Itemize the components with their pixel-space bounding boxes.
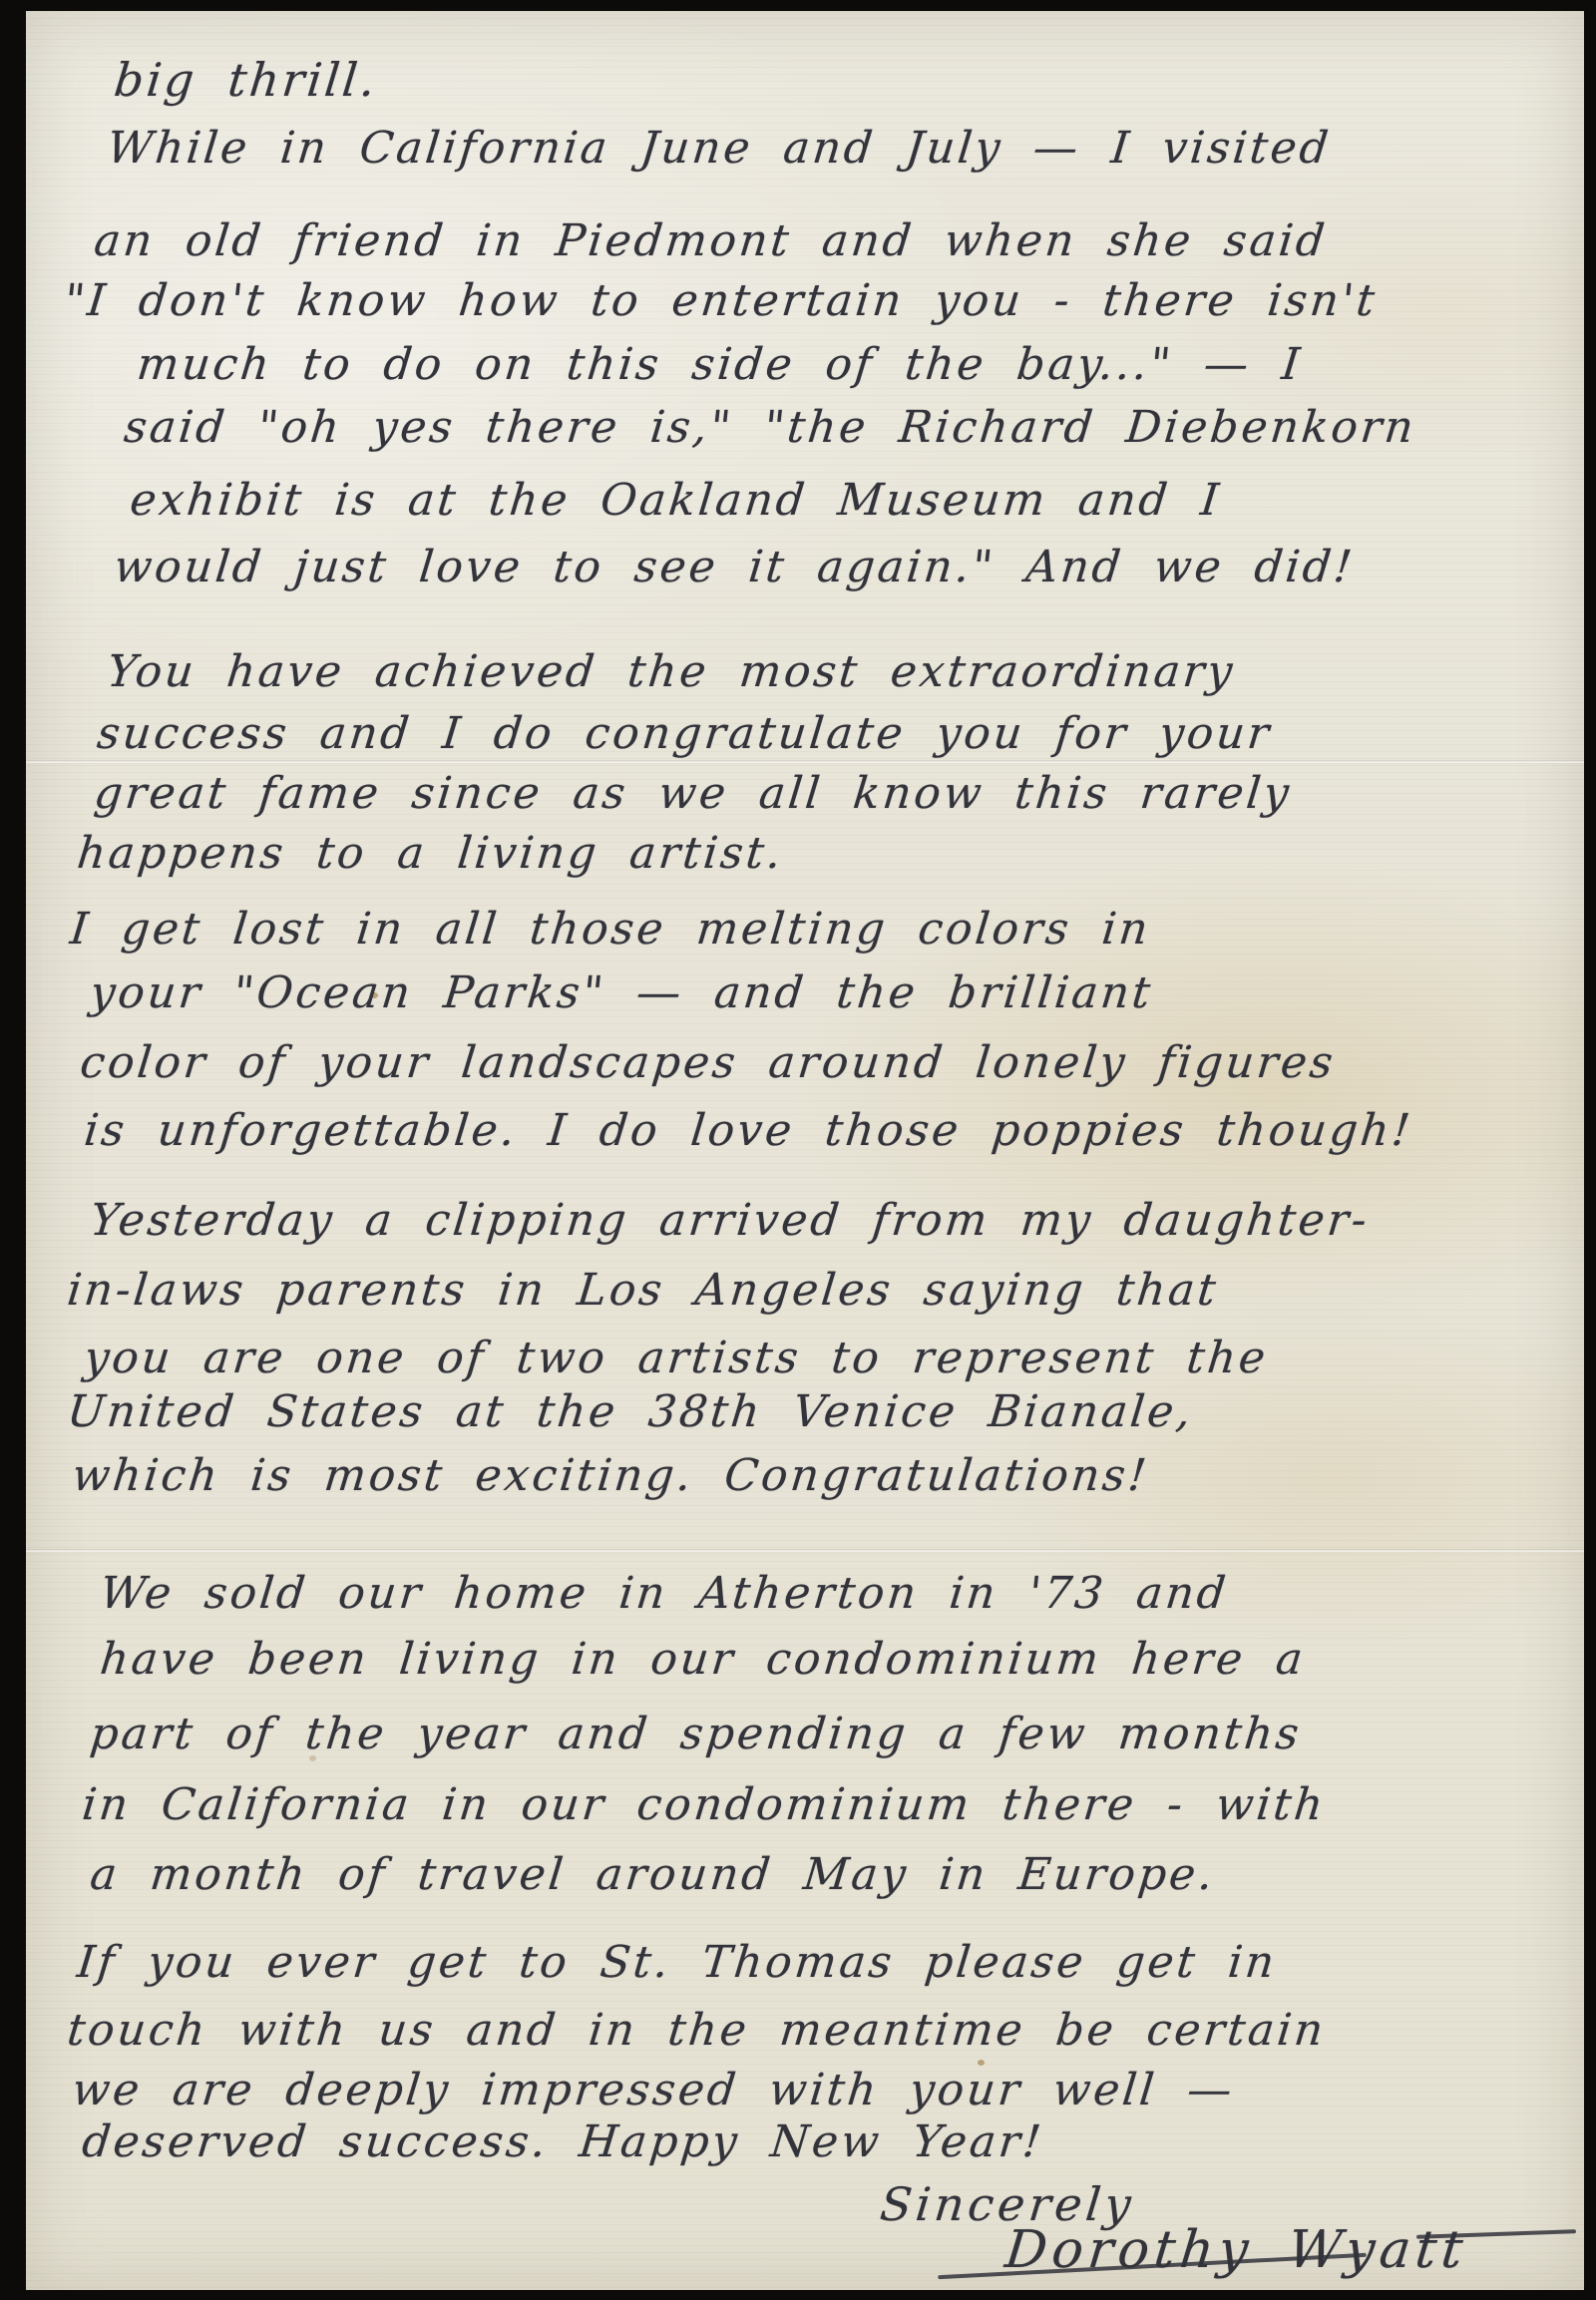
letter-line: big thrill. [112, 55, 380, 106]
letter-line: have been living in our condominium here… [98, 1636, 1308, 1684]
letter-line: If you ever get to St. Thomas please get… [75, 1939, 1279, 1987]
letter-line: I get lost in all those melting colors i… [68, 906, 1153, 954]
letter-line: great fame since as we all know this rar… [92, 770, 1294, 818]
letter-line: While in California June and July — I vi… [105, 125, 1333, 173]
letter-line: is unforgettable. I do love those poppie… [82, 1107, 1415, 1155]
letter-line: success and I do congratulate you for yo… [95, 710, 1274, 758]
letter-line: your "Ocean Parks" — and the brilliant [88, 969, 1155, 1017]
letter-line: in California in our condominium there -… [80, 1781, 1328, 1829]
letter-line: Yesterday a clipping arrived from my dau… [88, 1197, 1372, 1245]
letter-line: much to do on this side of the bay..." —… [135, 341, 1305, 389]
letter-line: You have achieved the most extraordinary [105, 648, 1237, 696]
letter-line: "I don't know how to entertain you - the… [62, 277, 1380, 325]
letter-line: touch with us and in the meantime be cer… [65, 2007, 1328, 2055]
letter-line: in-laws parents in Los Angeles saying th… [65, 1267, 1221, 1315]
letter-line: part of the year and spending a few mont… [88, 1711, 1304, 1758]
letter-line: deserved success. Happy New Year! [80, 2118, 1046, 2166]
letter-paper: big thrill. While in California June and… [26, 11, 1584, 2290]
letter-line: we are deeply impressed with your well — [70, 2067, 1237, 2114]
letter-line: exhibit is at the Oakland Museum and I [128, 477, 1224, 525]
letter-line: United States at the 38th Venice Bianale… [65, 1388, 1196, 1436]
letter-line: an old friend in Piedmont and when she s… [92, 217, 1330, 265]
letter-line: a month of travel around May in Europe. [88, 1851, 1218, 1899]
letter-line: said "oh yes there is," "the Richard Die… [122, 404, 1418, 452]
letter-line: color of your landscapes around lonely f… [78, 1039, 1338, 1087]
letter-line: which is most exciting. Congratulations! [70, 1452, 1151, 1500]
letter-line: happens to a living artist. [75, 830, 786, 878]
letter-line: would just love to see it again." And we… [112, 544, 1357, 591]
letter-line: you are one of two artists to represent … [82, 1335, 1270, 1382]
letter-line: We sold our home in Atherton in '73 and [98, 1570, 1231, 1618]
fold-crease [26, 1549, 1584, 1553]
fold-crease [26, 760, 1584, 764]
